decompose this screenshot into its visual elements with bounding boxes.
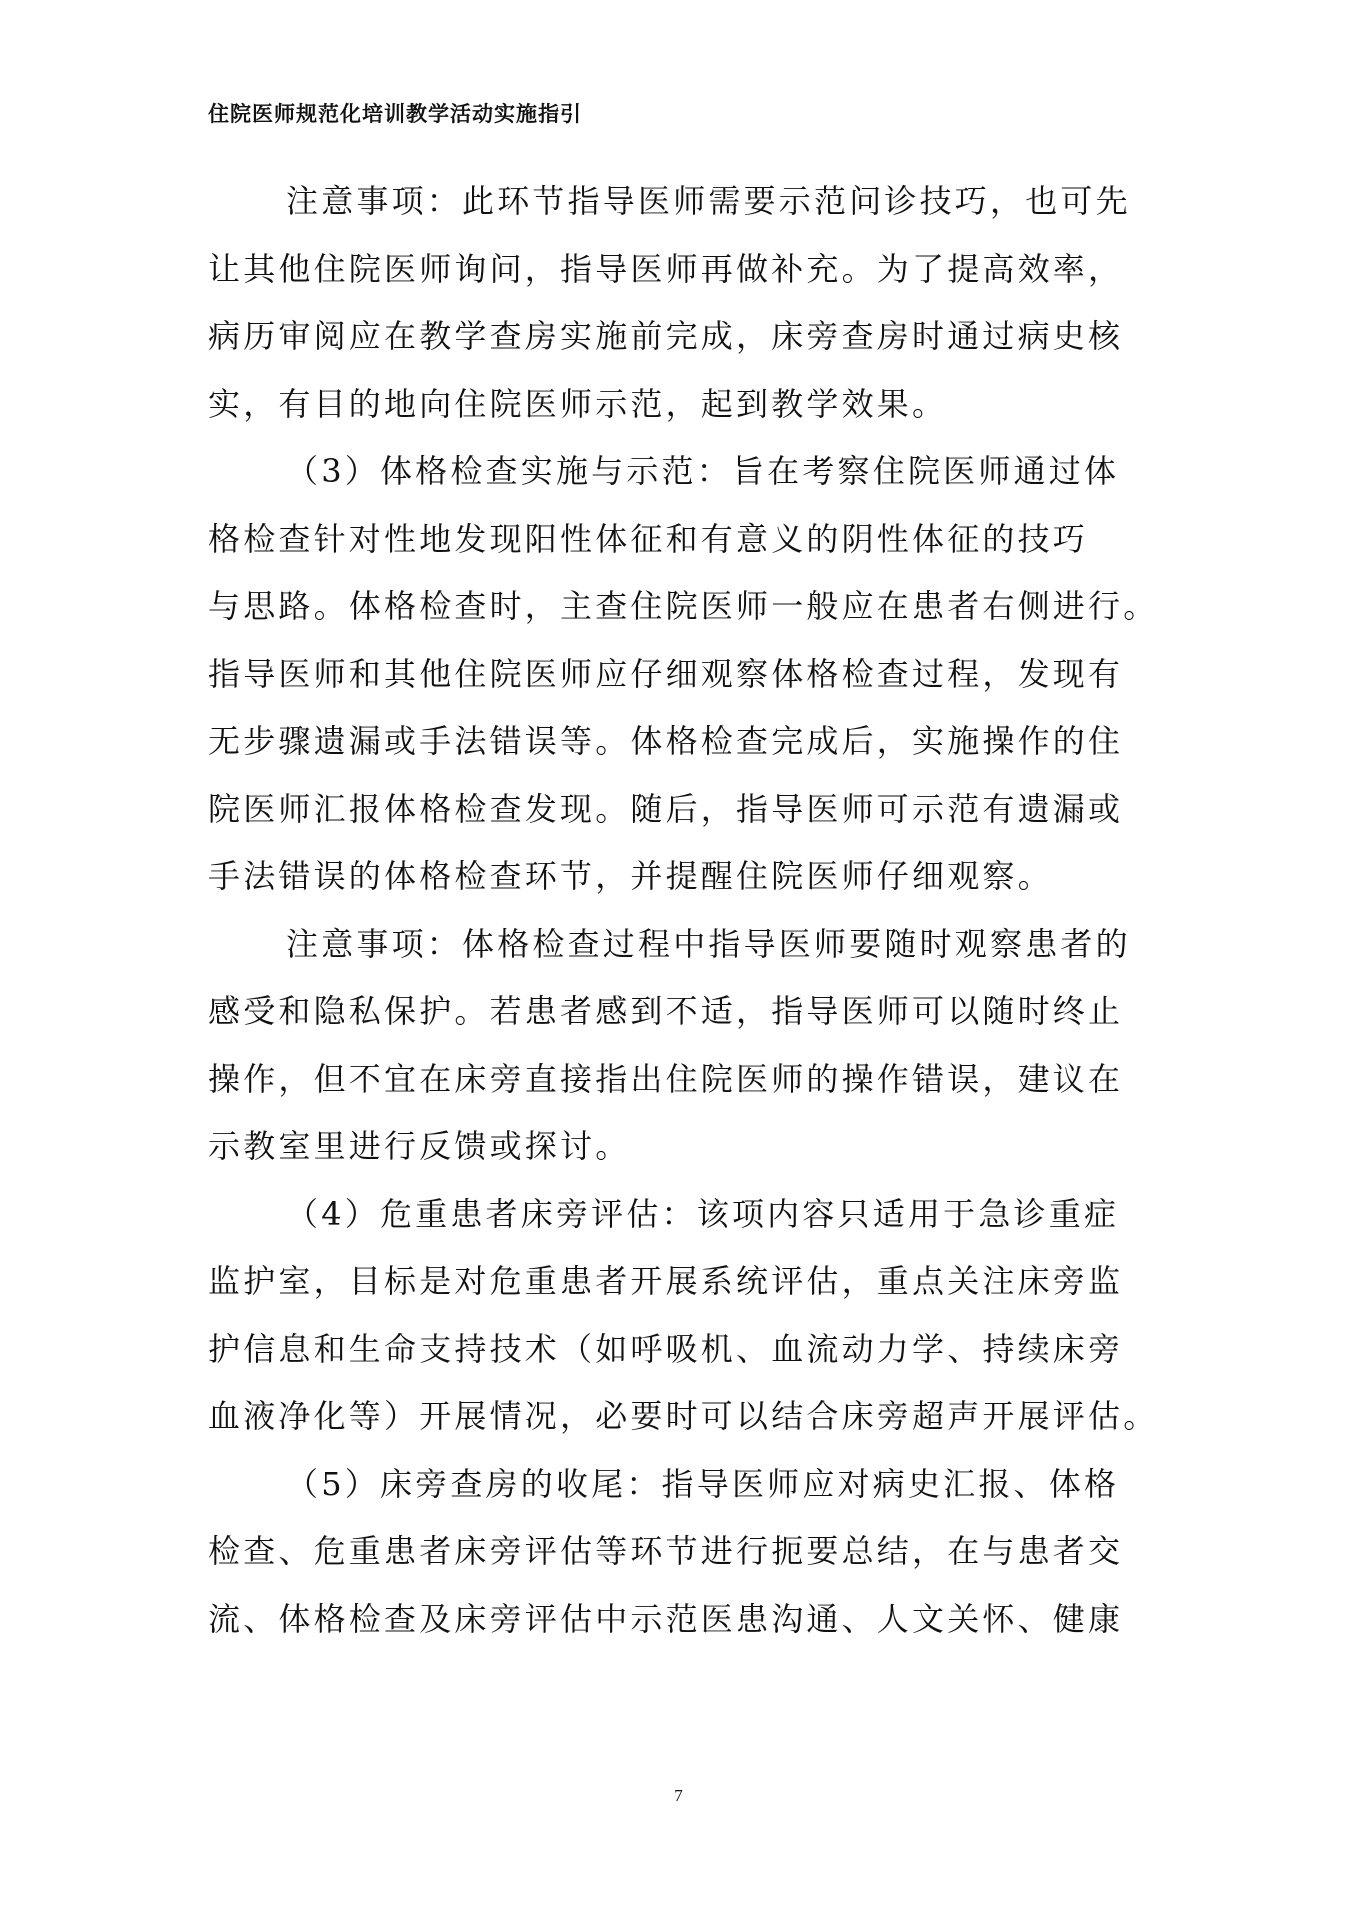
text-line: 示教室里进行反馈或探讨。 (208, 1113, 1168, 1181)
text-line: （5）床旁查房的收尾：指导医师应对病史汇报、体格 (208, 1451, 1168, 1519)
text-line: 感受和隐私保护。若患者感到不适，指导医师可以随时终止 (208, 978, 1168, 1046)
text-line: 护信息和生命支持技术（如呼吸机、血流动力学、持续床旁 (208, 1316, 1168, 1384)
text-line: （4）危重患者床旁评估：该项内容只适用于急诊重症 (208, 1181, 1168, 1249)
body-text: 注意事项：此环节指导医师需要示范问诊技巧，也可先 让其他住院医师询问，指导医师再… (208, 168, 1168, 1653)
text-line: 血液净化等）开展情况，必要时可以结合床旁超声开展评估。 (208, 1383, 1168, 1451)
text-line: 病历审阅应在教学查房实施前完成，床旁查房时通过病史核 (208, 303, 1168, 371)
running-header: 住院医师规范化培训教学活动实施指引 (208, 98, 582, 128)
text-line: 注意事项：体格检查过程中指导医师要随时观察患者的 (208, 911, 1168, 979)
text-line: 注意事项：此环节指导医师需要示范问诊技巧，也可先 (208, 168, 1168, 236)
page-number: 7 (0, 1786, 1357, 1806)
text-line: 格检查针对性地发现阳性体征和有意义的阴性体征的技巧 (208, 506, 1168, 574)
text-line: 检查、危重患者床旁评估等环节进行扼要总结，在与患者交 (208, 1518, 1168, 1586)
text-line: 操作，但不宜在床旁直接指出住院医师的操作错误，建议在 (208, 1046, 1168, 1114)
text-line: 流、体格检查及床旁评估中示范医患沟通、人文关怀、健康 (208, 1586, 1168, 1654)
text-line: 院医师汇报体格检查发现。随后，指导医师可示范有遗漏或 (208, 776, 1168, 844)
text-line: 实，有目的地向住院医师示范，起到教学效果。 (208, 371, 1168, 439)
text-line: 指导医师和其他住院医师应仔细观察体格检查过程，发现有 (208, 641, 1168, 709)
text-line: 手法错误的体格检查环节，并提醒住院医师仔细观察。 (208, 843, 1168, 911)
text-line: 无步骤遗漏或手法错误等。体格检查完成后，实施操作的住 (208, 708, 1168, 776)
text-line: 与思路。体格检查时，主查住院医师一般应在患者右侧进行。 (208, 573, 1168, 641)
text-line: 监护室，目标是对危重患者开展系统评估，重点关注床旁监 (208, 1248, 1168, 1316)
text-line: （3）体格检查实施与示范：旨在考察住院医师通过体 (208, 438, 1168, 506)
text-line: 让其他住院医师询问，指导医师再做补充。为了提高效率， (208, 236, 1168, 304)
